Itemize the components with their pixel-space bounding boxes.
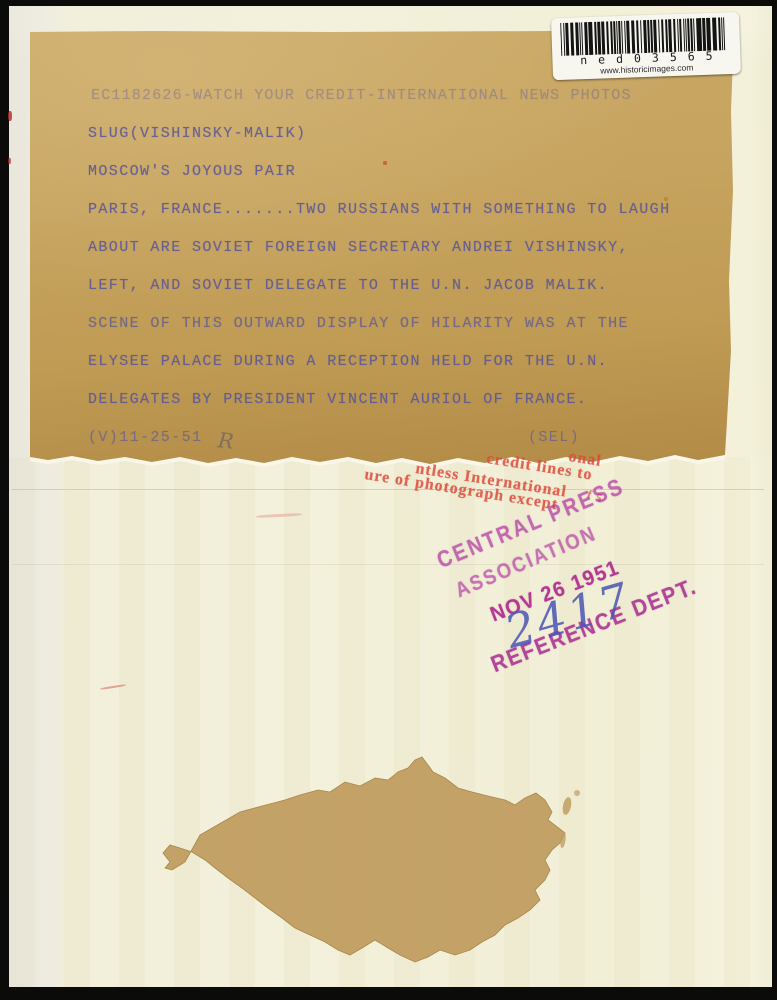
caption-line: LEFT, AND SOVIET DELEGATE TO THE U.N. JA… <box>88 267 670 305</box>
caption-line: DELEGATES BY PRESIDENT VINCENT AURIOL OF… <box>88 381 670 419</box>
caption-line: ELYSEE PALACE DURING A RECEPTION HELD FO… <box>88 343 670 381</box>
caption-line: PARIS, FRANCE.......TWO RUSSIANS WITH SO… <box>88 191 670 229</box>
caption-line: SCENE OF THIS OUTWARD DISPLAY OF HILARIT… <box>88 305 670 343</box>
barcode-sticker: ned03565 www.historicimages.com <box>551 12 741 81</box>
caption-date-code: (V)11-25-51 <box>88 419 202 457</box>
orange-speck <box>664 197 668 201</box>
caption-line: ABOUT ARE SOVIET FOREIGN SECRETARY ANDRE… <box>88 229 670 267</box>
red-speck <box>8 158 11 164</box>
pencil-annotation: R <box>217 428 235 454</box>
caption-paper: EC1182626-WATCH YOUR CREDIT-INTERNATIONA… <box>30 31 734 465</box>
red-speck <box>8 111 12 121</box>
paper-crease <box>12 489 764 490</box>
caption-line: MOSCOW'S JOYOUS PAIR <box>88 153 670 191</box>
caption-text-block: EC1182626-WATCH YOUR CREDIT-INTERNATIONA… <box>88 77 670 419</box>
caption-footer: (V)11-25-51 R (SEL) <box>30 419 734 457</box>
red-speck <box>383 161 387 165</box>
caption-line: SLUG(VISHINSKY-MALIK) <box>88 115 670 153</box>
paper-crease <box>12 564 764 565</box>
caption-line: EC1182626-WATCH YOUR CREDIT-INTERNATIONA… <box>91 77 670 115</box>
photo-back-scan: { "caption": { "lines": [ "EC1182626-WAT… <box>0 0 777 1000</box>
